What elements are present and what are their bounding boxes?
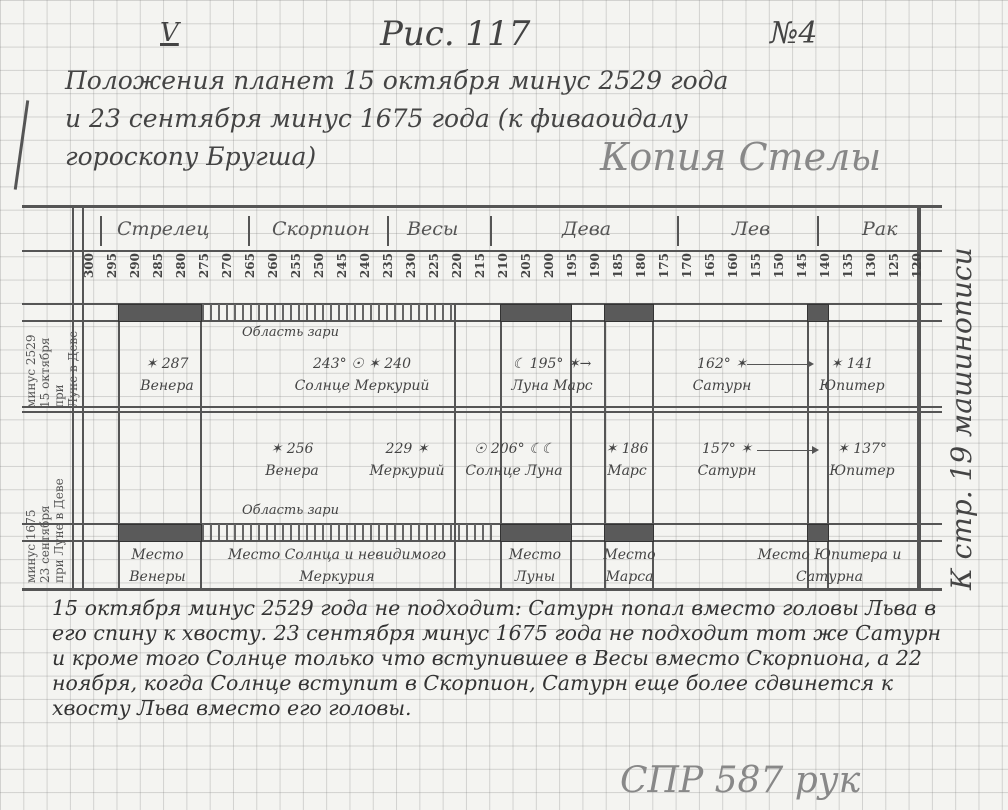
sign-cancer: Рак: [862, 218, 897, 240]
tick: 145: [795, 253, 809, 278]
tick: 255: [289, 253, 303, 278]
title-line-1: Положения планет 15 октября минус 2529 г…: [65, 62, 945, 100]
check-mark: [14, 100, 29, 190]
tick: 260: [266, 253, 280, 278]
tick: 235: [381, 253, 395, 278]
moon-zone-bar: [500, 304, 572, 322]
jupiter-zone-bar: [807, 524, 829, 542]
divider: [677, 216, 679, 246]
divider: [100, 216, 102, 246]
tick: 170: [680, 253, 694, 278]
tick: 195: [565, 253, 579, 278]
divider: [22, 411, 942, 413]
tick: 120: [910, 253, 924, 278]
mars-zone-bar: [604, 304, 654, 322]
tick: 200: [542, 253, 556, 278]
moon-zone-bar: [500, 524, 572, 542]
tick: 160: [726, 253, 740, 278]
venus-zone-bar: [118, 304, 202, 322]
dawn-zone-hatch: [202, 304, 452, 320]
tick: 155: [749, 253, 763, 278]
planet-jupiter: ✶ 141Юпитер: [807, 353, 897, 397]
divider: [22, 406, 942, 408]
divider: [22, 250, 942, 252]
tick: 140: [818, 253, 832, 278]
tick: 215: [473, 253, 487, 278]
tick: 210: [496, 253, 510, 278]
tick: 240: [358, 253, 372, 278]
degree-scale: 300 295 290 285 280 275 270 265 260 255 …: [82, 253, 942, 303]
tick: 280: [174, 253, 188, 278]
right-margin-note: К стр. 19 машинописи: [945, 30, 978, 590]
dawn-zone-label: Область зари: [242, 500, 339, 522]
tick: 135: [841, 253, 855, 278]
tick: 250: [312, 253, 326, 278]
arrow-icon: [757, 450, 817, 451]
tick: 285: [151, 253, 165, 278]
tick: 290: [128, 253, 142, 278]
planet-sun-mercury: 243° ☉ ✶ 240Солнце Меркурий: [287, 353, 437, 397]
sign-leo: Лев: [732, 218, 770, 240]
sign-virgo: Дева: [562, 218, 611, 240]
section-number: V: [160, 18, 179, 48]
figure-label: Рис. 117: [380, 14, 530, 54]
tick: 245: [335, 253, 349, 278]
place-mars: Место Марса: [592, 544, 667, 588]
dawn-zone-label: Область зари: [242, 322, 339, 344]
tick: 150: [772, 253, 786, 278]
divider: [490, 216, 492, 246]
tick: 190: [588, 253, 602, 278]
tick: 265: [243, 253, 257, 278]
tick: 220: [450, 253, 464, 278]
row2-label: минус 167523 сентябряпри Луне в Деве: [24, 418, 66, 583]
planet-mercury: 229 ✶Меркурий: [362, 438, 452, 482]
tick: 270: [220, 253, 234, 278]
tick: 205: [519, 253, 533, 278]
planet-saturn: 162° ✶Сатурн: [677, 353, 767, 397]
tick: 225: [427, 253, 441, 278]
place-sun-mercury: Место Солнца и невидимого Меркурия: [222, 544, 452, 588]
tick: 300: [82, 253, 96, 278]
tick: 180: [634, 253, 648, 278]
place-venus: Место Венеры: [110, 544, 205, 588]
planet-venus: ✶ 256Венера: [252, 438, 332, 482]
row1-label: минус 252915 октября приЛуне в Деве: [24, 323, 80, 408]
dawn-zone-hatch: [202, 524, 492, 540]
planet-saturn: 157° ✶Сатурн: [682, 438, 772, 482]
venus-zone-bar: [118, 524, 202, 542]
tick: 230: [404, 253, 418, 278]
tick: 185: [611, 253, 625, 278]
planet-sun-moon: ☉ 206° ☾☾Солнце Луна: [454, 438, 574, 482]
planet-jupiter: ✶ 137°Юпитер: [817, 438, 907, 482]
sign-scorpio: Скорпион: [272, 218, 370, 240]
planet-moon-mars: ☾ 195° ✶→Луна Марс: [492, 353, 612, 397]
tick: 130: [864, 253, 878, 278]
catalog-stamp: СПР 587 рук: [620, 760, 860, 801]
tick: 125: [887, 253, 901, 278]
tick: 175: [657, 253, 671, 278]
sign-libra: Весы: [407, 218, 458, 240]
divider: [387, 216, 389, 246]
jupiter-zone-bar: [807, 304, 829, 322]
place-moon: Место Луны: [500, 544, 570, 588]
explanatory-note: 15 октября минус 2529 года не подходит: …: [52, 596, 952, 721]
sign-sagittarius: Стрелец: [117, 218, 210, 240]
ecliptic-table: Стрелец Скорпион Весы Дева Лев Рак 300 2…: [22, 205, 942, 591]
copy-stamp: Копия Стелы: [600, 135, 881, 179]
place-jupiter-saturn: Место Юпитера и Сатурна: [742, 544, 917, 588]
divider: [817, 216, 819, 246]
tick: 275: [197, 253, 211, 278]
mars-zone-bar: [604, 524, 654, 542]
tick: 295: [105, 253, 119, 278]
planet-venus: ✶ 287Венера: [127, 353, 207, 397]
page-number: №4: [770, 16, 817, 51]
divider: [248, 216, 250, 246]
planet-mars: ✶ 186Марс: [587, 438, 667, 482]
title-line-2: и 23 сентября минус 1675 года (к фиваоид…: [65, 100, 945, 138]
arrow-icon: [747, 364, 812, 365]
tick: 165: [703, 253, 717, 278]
